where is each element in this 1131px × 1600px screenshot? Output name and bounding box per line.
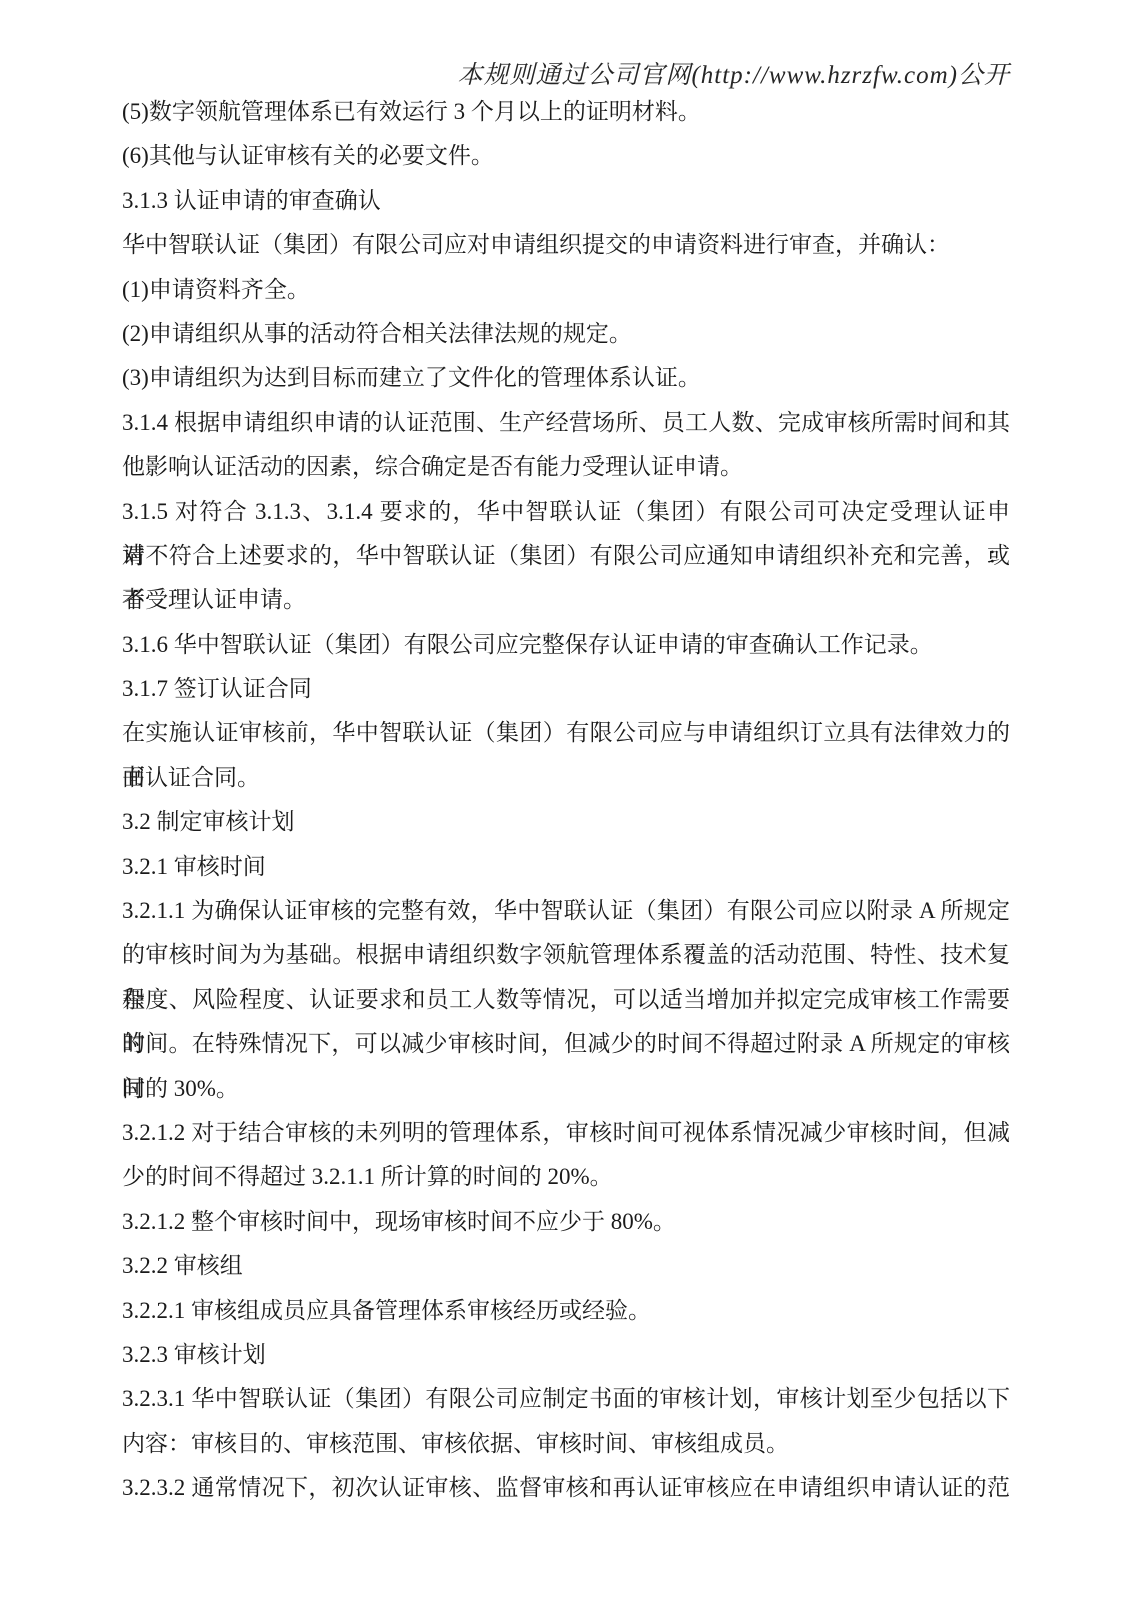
document-line: 3.2.1.2 整个审核时间中，现场审核时间不应少于 80%。 (122, 1200, 1010, 1244)
document-line: 3.2.1 审核时间 (122, 845, 1010, 889)
document-line: 3.2.2.1 审核组成员应具备管理体系审核经历或经验。 (122, 1289, 1010, 1333)
document-line: (6)其他与认证审核有关的必要文件。 (122, 134, 1010, 178)
document-line: 3.2.3 审核计划 (122, 1333, 1010, 1377)
document-line: (5)数字领航管理体系已有效运行 3 个月以上的证明材料。 (122, 90, 1010, 134)
document-line: 3.2.1.1 为确保认证审核的完整有效，华中智联认证（集团）有限公司应以附录 … (122, 889, 1010, 933)
document-line: 3.1.4 根据申请组织申请的认证范围、生产经营场所、员工人数、完成审核所需时间… (122, 401, 1010, 445)
document-line: 时间。在特殊情况下，可以减少审核时间，但减少的时间不得超过附录 A 所规定的审核… (122, 1022, 1010, 1066)
document-line: 他影响认证活动的因素，综合确定是否有能力受理认证申请。 (122, 445, 1010, 489)
document-line: 3.1.7 签订认证合同 (122, 667, 1010, 711)
document-body: (5)数字领航管理体系已有效运行 3 个月以上的证明材料。(6)其他与认证审核有… (122, 90, 1010, 1511)
document-line: 程度、风险程度、认证要求和员工人数等情况，可以适当增加并拟定完成审核工作需要的 (122, 978, 1010, 1022)
document-line: 内容：审核目的、审核范围、审核依据、审核时间、审核组成员。 (122, 1422, 1010, 1466)
document-line: 3.2.3.2 通常情况下，初次认证审核、监督审核和再认证审核应在申请组织申请认… (122, 1466, 1010, 1510)
document-line: 3.1.3 认证申请的审查确认 (122, 179, 1010, 223)
document-line: 华中智联认证（集团）有限公司应对申请组织提交的申请资料进行审查，并确认： (122, 223, 1010, 267)
document-line: (3)申请组织为达到目标而建立了文件化的管理体系认证。 (122, 356, 1010, 400)
document-line: 不受理认证申请。 (122, 578, 1010, 622)
document-line: (2)申请组织从事的活动符合相关法律法规的规定。 (122, 312, 1010, 356)
document-line: 3.2 制定审核计划 (122, 800, 1010, 844)
document-line: 3.1.6 华中智联认证（集团）有限公司应完整保存认证申请的审查确认工作记录。 (122, 623, 1010, 667)
document-page: 本规则通过公司官网(http://www.hzrzfw.com)公开 (5)数字… (0, 0, 1131, 1600)
document-line: (1)申请资料齐全。 (122, 268, 1010, 312)
document-line: 3.2.2 审核组 (122, 1244, 1010, 1288)
page-header-note: 本规则通过公司官网(http://www.hzrzfw.com)公开 (122, 60, 1010, 92)
document-line: 在实施认证审核前，华中智联认证（集团）有限公司应与申请组织订立具有法律效力的书 (122, 711, 1010, 755)
document-line: 3.1.5 对符合 3.1.3、3.1.4 要求的，华中智联认证（集团）有限公司… (122, 490, 1010, 534)
document-line: 的审核时间为为基础。根据申请组织数字领航管理体系覆盖的活动范围、特性、技术复杂 (122, 933, 1010, 977)
document-line: 间的 30%。 (122, 1067, 1010, 1111)
document-line: 面认证合同。 (122, 756, 1010, 800)
document-line: 对不符合上述要求的，华中智联认证（集团）有限公司应通知申请组织补充和完善，或者 (122, 534, 1010, 578)
document-line: 少的时间不得超过 3.2.1.1 所计算的时间的 20%。 (122, 1155, 1010, 1199)
document-line: 3.2.1.2 对于结合审核的未列明的管理体系，审核时间可视体系情况减少审核时间… (122, 1111, 1010, 1155)
document-line: 3.2.3.1 华中智联认证（集团）有限公司应制定书面的审核计划，审核计划至少包… (122, 1377, 1010, 1421)
